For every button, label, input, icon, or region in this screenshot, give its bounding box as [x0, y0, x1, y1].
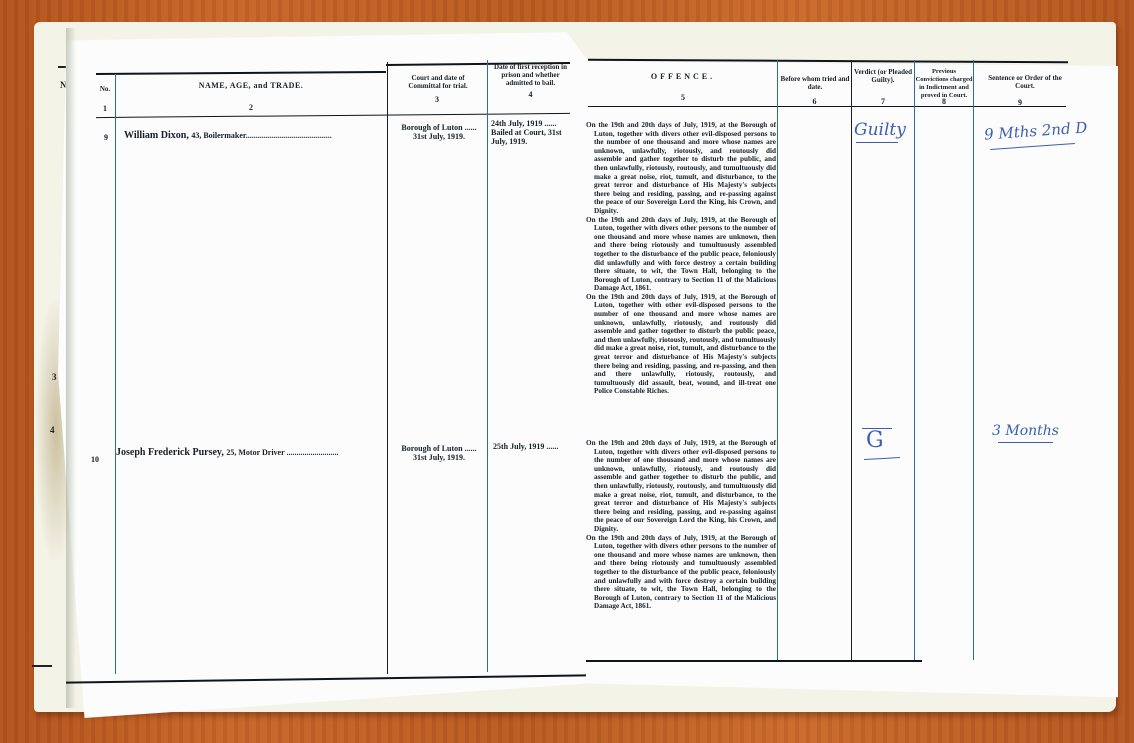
column-number: 1	[97, 104, 113, 113]
row-number: 10	[91, 455, 99, 464]
row-number: 9	[104, 133, 108, 142]
offence-count: On the 19th and 20th days of July, 1919,…	[586, 439, 776, 534]
column-header-offence: OFFENCE.	[590, 73, 776, 81]
age-trade: 43, Boilermaker	[191, 131, 245, 140]
back-page-marker: 4	[50, 425, 55, 435]
column-header-sentence: Sentence or Order of the Court.	[985, 74, 1065, 90]
column-number: 4	[488, 90, 573, 99]
offence-text: On the 19th and 20th days of July, 1919,…	[586, 121, 776, 396]
court-name: Borough of Luton ......	[392, 123, 486, 132]
column-header-court: Court and date of Committal for trial.	[398, 74, 478, 90]
column-rule	[777, 60, 778, 660]
handwriting-underline	[998, 442, 1053, 443]
column-header-verdict: Verdict (or Pleaded Guilty).	[853, 68, 913, 84]
column-rule	[115, 74, 116, 674]
offence-count: On the 19th and 20th days of July, 1919,…	[586, 293, 776, 396]
leader-dots: ........................................…	[246, 131, 332, 140]
column-header-no: No.	[97, 85, 113, 93]
column-header-name: NAME, AGE, and TRADE.	[116, 82, 386, 90]
back-page-rule	[32, 665, 52, 667]
column-number: 9	[974, 98, 1066, 107]
name-text: Joseph Frederick Pursey,	[116, 447, 224, 458]
reception-date: 24th July, 1919 ...... Bailed at Court, …	[491, 119, 573, 146]
offence-text: On the 19th and 20th days of July, 1919,…	[586, 439, 776, 611]
column-header-previous-convictions: Previous Convictions charged in Indictme…	[915, 68, 973, 100]
handwriting-underline	[856, 142, 898, 143]
column-number: 7	[852, 97, 914, 106]
column-number: 8	[915, 97, 973, 106]
column-rule	[851, 60, 852, 660]
prisoner-name: William Dixon, 43, Boilermaker..........…	[124, 130, 332, 141]
leader-dots: ..........................	[285, 448, 339, 457]
column-number: 3	[388, 95, 486, 104]
name-text: William Dixon,	[124, 130, 189, 141]
page-curl	[66, 28, 76, 708]
verdict-handwritten: Guilty	[854, 120, 906, 140]
offence-count: On the 19th and 20th days of July, 1919,…	[586, 121, 776, 216]
prisoner-name: Joseph Frederick Pursey, 25, Motor Drive…	[116, 447, 339, 458]
verdict-handwritten: G	[866, 428, 884, 453]
back-page-marker: 3	[52, 372, 57, 382]
reception-date: 25th July, 1919 ......	[493, 442, 583, 451]
offence-count: On the 19th and 20th days of July, 1919,…	[586, 216, 776, 293]
footer-rule	[586, 660, 922, 662]
column-header-tried: Before whom tried and date.	[780, 75, 850, 91]
column-number: 2	[116, 103, 386, 112]
column-rule	[387, 62, 388, 674]
column-number: 6	[778, 97, 851, 106]
court-name: Borough of Luton ......	[392, 444, 486, 453]
committal-date: 31st July, 1919.	[392, 132, 486, 141]
column-header-reception: Date of first reception in prison and wh…	[488, 63, 573, 87]
sentence-handwritten: 3 Months	[992, 423, 1059, 439]
age-trade: 25, Motor Driver	[226, 448, 284, 457]
committal-date: 31st July, 1919.	[392, 453, 486, 462]
column-number: 5	[590, 93, 776, 102]
offence-count: On the 19th and 20th days of July, 1919,…	[586, 534, 776, 611]
column-rule	[914, 60, 915, 660]
column-rule	[973, 60, 974, 660]
court-committal: Borough of Luton ...... 31st July, 1919.	[392, 444, 486, 462]
court-committal: Borough of Luton ...... 31st July, 1919.	[392, 123, 486, 141]
column-rule	[487, 60, 488, 672]
